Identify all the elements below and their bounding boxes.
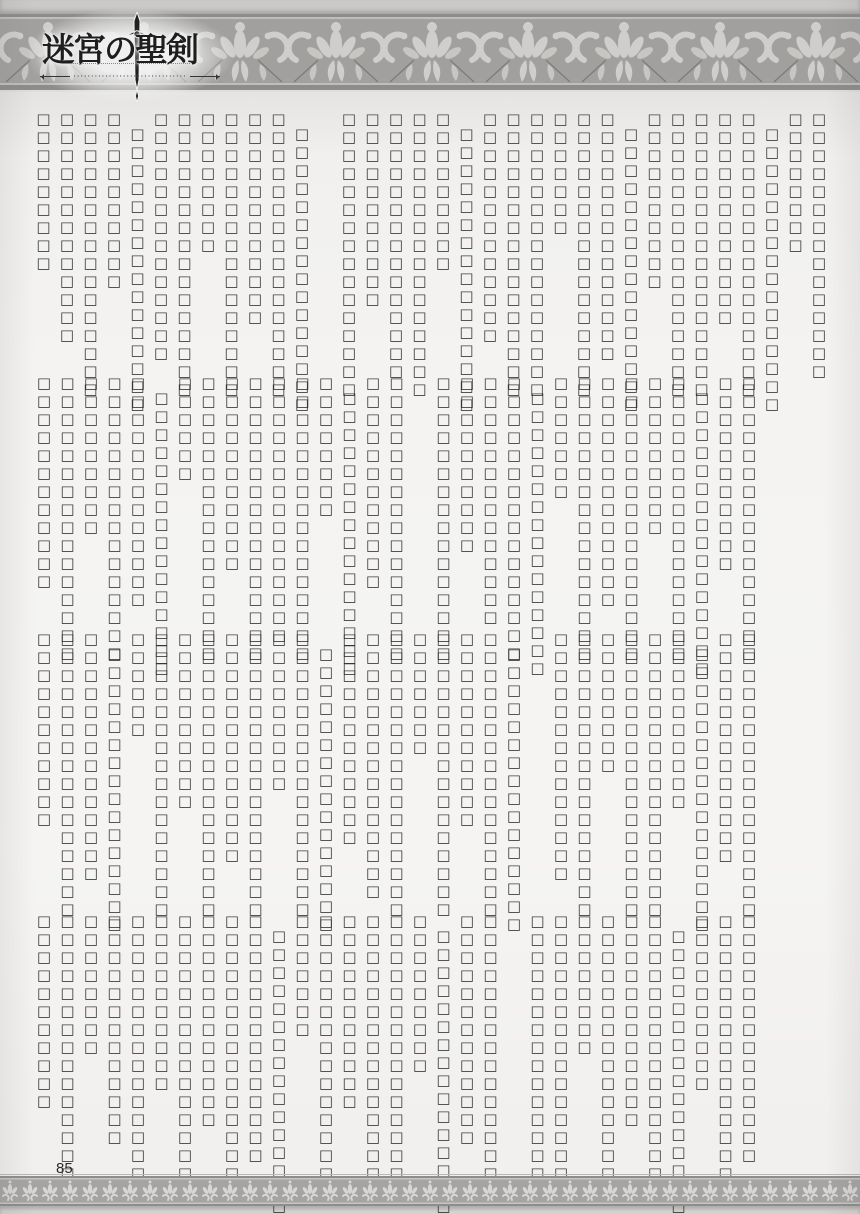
text-column-redacted: □□□□□□□□□□□□□□□□	[267, 912, 291, 1167]
text-column-redacted: □□□□□□□□□□□□□□□□	[290, 110, 314, 365]
text-column-redacted: □□□□□□□□□□□□□□□□	[619, 110, 643, 365]
text-column-redacted: □□□□□□□□□□□□□□□	[384, 110, 408, 350]
text-column-redacted: □□□□□□□□□□□□□	[55, 110, 79, 350]
text-column-redacted: □□□□□□□□□□□□	[361, 374, 385, 614]
text-column-redacted: □□□□□□□□□□□□□□□□	[643, 912, 667, 1152]
text-column-redacted: □□□□□□□□□□□	[360, 110, 384, 350]
text-column-redacted	[525, 630, 549, 870]
text-column-redacted: □□□□□□□□□□□□□□□□	[478, 912, 502, 1152]
logo: 迷宮の聖剣 ································	[40, 16, 220, 94]
text-column-redacted: □□□□□□□□□□□□□□□□	[55, 912, 79, 1152]
text-column-redacted: □□□□□□□□□□□□□□□	[807, 110, 831, 350]
text-column-redacted: □□□□□□□□□□□□□	[596, 374, 620, 614]
text-column-redacted: □□□□□□□□□□□□□□□□	[290, 374, 314, 614]
text-column-redacted: □□□□□□□□□	[408, 912, 432, 1152]
text-column-redacted: □□□□□□□□□□□□□□□□	[102, 374, 126, 614]
text-column-redacted: □□□□□□□□□□□□□□□□	[666, 374, 690, 614]
text-column-redacted: □□□□□□□□□□□□□□□□	[337, 110, 361, 350]
text-column-redacted: □□□□□□□□□□□□□□□□	[196, 630, 220, 870]
text-column-redacted: □□□□□□□□□□□□□□□□	[502, 374, 526, 614]
text-column-redacted: □□□□□□□□□□□□□□□□	[125, 110, 149, 365]
text-column-redacted: □□□□□□□□□□□□□□□□	[572, 630, 596, 870]
text-band-2: □□□□□□□□□□□□□□□□□□□□□□□□□□□□□□□□□□□□□□□□…	[32, 374, 761, 629]
text-column-redacted: □□□□□□□□□□□□□□□□	[78, 110, 102, 350]
text-column-redacted: □□□□□□□□□□□□	[196, 912, 220, 1152]
text-column-redacted: □□□□□□□□□□□□□	[478, 110, 502, 350]
text-band-3: □□□□□□□□□□□□□□□□□□□□□□□□□□□□□□□□□□□□□□□□…	[32, 630, 761, 885]
text-column-redacted: □□□□□□□□□□□	[32, 630, 56, 870]
text-column-redacted: □□□□□□□□□□□□□□□□	[525, 110, 549, 350]
text-column-redacted: □□□□□□□□□□□□□□□□	[219, 110, 243, 350]
text-column-redacted: □□□□□□□□□□	[102, 110, 126, 350]
text-column-redacted: □□□□□□□□□□□□□□□□	[619, 374, 643, 614]
text-column-redacted: □□□□□□□□□□□□□□□□	[737, 630, 761, 870]
text-column-redacted: □□□□□□□□□□□□□□	[737, 912, 761, 1152]
text-column-redacted: □□□□□□□□□□□□□	[220, 630, 244, 870]
text-column-redacted: □□□□□□□	[290, 912, 314, 1152]
logo-tagline-row: ································	[40, 72, 220, 81]
text-column-redacted: □□□□□□□□□□□□□□□□	[314, 630, 338, 885]
text-column-redacted: □□□□□□□□□□□□□□□□	[596, 912, 620, 1152]
tagline-right-ornament	[190, 76, 220, 77]
text-column-redacted	[313, 110, 337, 350]
text-column-redacted: □□□□□□□□□	[431, 110, 455, 350]
text-column-redacted: □□□□□□□□□□□□□□□□	[172, 110, 196, 350]
text-column-redacted: □□□□□□□□□□□	[337, 912, 361, 1152]
text-column-redacted: □□□□□□□□□□□□	[619, 912, 643, 1152]
text-column-redacted: □□□□□□□□□□□□□□□□	[572, 374, 596, 614]
text-column-redacted: □□□□□□□□□	[31, 110, 55, 350]
text-column-redacted: □□□□□□□□□□□□□□□□	[314, 912, 338, 1152]
text-column-redacted: □□□□□□□□□□□□□□□□	[149, 630, 173, 870]
text-column-redacted: □□□□□□□□□□□□□□□□	[384, 630, 408, 870]
text-column-redacted: □□□□□□□□□□□□□□□□	[502, 630, 526, 885]
text-column-redacted: □□□□□□	[173, 374, 197, 614]
text-column-redacted: □□□□□□□	[549, 374, 573, 614]
text-column-redacted: □□□□□□□	[548, 110, 572, 350]
text-column-redacted: □□□□□□□□□□□□□□□□	[361, 912, 385, 1152]
text-column-redacted: □□□□□□□□□□□□	[713, 110, 737, 350]
logo-tagline: ································	[73, 72, 186, 81]
text-column-redacted: □□□□□□□□□□□□□□□□	[643, 630, 667, 870]
text-column-redacted: □□□□□□□□□□□□□□□□	[220, 912, 244, 1152]
text-column-redacted: □□□□□□□□□□□□□□□□	[337, 374, 361, 629]
text-column-redacted: □□□□□□□□□□□□□□□□	[196, 374, 220, 614]
text-column-redacted: □□□□□□□□□□	[666, 630, 690, 870]
text-column-redacted: □□□□□□□□□□□□□□□□	[431, 374, 455, 614]
text-column-redacted: □□□□□□	[126, 630, 150, 870]
text-column-redacted: □□□□□□□□□□□□	[337, 630, 361, 870]
text-column-redacted: □□□□□□□□□□□□□□□□	[266, 110, 290, 350]
text-column-redacted: □□□□□□□□	[783, 110, 807, 350]
text-column-redacted: □□□□□□□□□□□	[455, 630, 479, 870]
text-column-redacted: □□□□□□□□□□□□□□□□	[454, 110, 478, 365]
text-column-redacted: □□□□□□□□	[196, 110, 220, 350]
text-column-redacted: □□□□□□□□□□□□□□□□	[431, 912, 455, 1167]
text-column-redacted: □□□□□□□□□□	[690, 912, 714, 1152]
text-column-redacted	[408, 374, 432, 614]
text-column-redacted: □□□□□□□□□□□□□□□	[361, 630, 385, 870]
text-column-redacted: □□□□□□□□□□□	[713, 374, 737, 614]
text-column-redacted: □□□□□□□□□□	[149, 912, 173, 1152]
text-column-redacted: □□□□□□□□□□□□□□□□	[666, 110, 690, 350]
text-column-redacted: □□□□□□□□□□□□□□□□	[549, 912, 573, 1152]
text-column-redacted: □□□□□□□□□□□□□□□□	[126, 912, 150, 1152]
text-column-redacted: □□□□□□□□□□□□□□□□	[572, 110, 596, 350]
text-column-redacted: □□□□□□□□□□□□□□	[79, 630, 103, 870]
text-column-redacted: □□□□□□□□□□□□□□	[549, 630, 573, 870]
text-column-redacted: □□□□□□□□□□□□□□□□	[384, 912, 408, 1152]
text-column-redacted: □□□□□□□□□□□□□□□□	[173, 912, 197, 1152]
text-column-redacted: □□□□□□□□□□□□□□□□	[102, 630, 126, 885]
text-column-redacted: □□□□□□□□□□□□□□□□	[619, 630, 643, 870]
text-column-redacted: □□□□□□□□□	[267, 630, 291, 870]
text-column-redacted: □□□□□□□□	[572, 912, 596, 1152]
footer-rule	[0, 1174, 860, 1175]
text-band-4: □□□□□□□□□□□□□□□□□□□□□□□□□□□□□□□□□□□□□□□□…	[32, 912, 761, 1167]
text-column-redacted: □□□□□□□□□□□□□□□□	[689, 110, 713, 350]
text-column-redacted: □□□□□□□□□□□□□□□□	[737, 374, 761, 614]
text-column-redacted: □□□□□□□□□□□□□□□□	[713, 912, 737, 1152]
text-column-redacted: □□□□□□□□□□□	[32, 912, 56, 1152]
text-column-redacted	[502, 912, 526, 1152]
text-column-redacted: □□□□□□□□□□□□□	[455, 912, 479, 1152]
paper-edge-bottom	[0, 1206, 860, 1214]
text-column-redacted: □□□□□□□□□□□□□□□□	[55, 630, 79, 870]
text-column-redacted: □□□□□□□□□□□□□□□□	[478, 630, 502, 870]
text-column-redacted: □□□□□□□□□□□□□□	[595, 110, 619, 350]
text-column-redacted: □□□□□□□□□□□□	[32, 374, 56, 614]
text-column-redacted: □□□□□□□□□□□□□□□□	[690, 374, 714, 629]
text-column-redacted: □□□□□□□□□□□□□□□□	[760, 110, 784, 365]
text-column-redacted: □□□□□□□□□□□□□□□	[267, 374, 291, 614]
text-column-redacted: □□□□□□□□□□□□□□□□	[690, 630, 714, 885]
text-column-redacted: □□□□□□□□□□□□□	[713, 630, 737, 870]
text-column-redacted: □□□□□□□□□□□□□	[102, 912, 126, 1152]
text-column-redacted: □□□□□□□□□□□□□□□□	[243, 630, 267, 870]
text-column-redacted: □□□□□□□□□	[643, 374, 667, 614]
logo-roman-caption-line	[70, 63, 190, 64]
text-column-redacted: □□□□□□□□□□□□□	[126, 374, 150, 614]
text-column-redacted: □□□□□□□□□□□□□□□□	[407, 110, 431, 350]
scanned-novel-page: { "meta": { "redaction_note": "The body …	[0, 0, 860, 1214]
text-column-redacted: □□□□□□□□□□□□□□	[478, 374, 502, 614]
text-column-redacted: □□□□□□□□	[314, 374, 338, 614]
text-column-redacted: □□□□□□□□□□□□□□□□	[384, 374, 408, 614]
ornamental-border-bottom	[0, 1176, 860, 1206]
text-column-redacted: □□□□□□□□□□□	[220, 374, 244, 614]
text-column-redacted: □□□□□□□□□□	[642, 110, 666, 350]
text-column-redacted: □□□□□□□□□□□□□□□□	[55, 374, 79, 614]
text-band-1: □□□□□□□□□□□□□□□□□□□□□□□□□□□□□□□□□□□□□□□□…	[31, 110, 830, 365]
text-column-redacted: □□□□□□□□□□□□□□□□	[290, 630, 314, 870]
text-column-redacted: □□□□□□□□□□□□□□□□	[243, 374, 267, 614]
text-column-redacted: □□□□□□□□□□	[455, 374, 479, 614]
text-column-redacted: □□□□□□□□□□□□□□□□	[525, 374, 549, 629]
text-column-redacted: □□□□□□□□□□□□□□□□	[736, 110, 760, 350]
text-column-redacted: □□□□□□□□	[596, 630, 620, 870]
text-column-redacted: □□□□□□□□	[79, 912, 103, 1152]
text-column-redacted: □□□□□□□□□□□□□□□□	[501, 110, 525, 350]
text-column-redacted: □□□□□□□□□□□□□□□□	[149, 374, 173, 629]
tagline-left-ornament	[40, 76, 70, 77]
text-column-redacted: □□□□□□□□□□	[173, 630, 197, 870]
text-column-redacted: □□□□□□□□□□□□	[243, 110, 267, 350]
text-column-redacted: □□□□□□□□□□□□□□□□	[666, 912, 690, 1167]
text-column-redacted: □□□□□□□□□□□□□□□□	[431, 630, 455, 870]
text-column-redacted: □□□□□□□□□□□□□□	[243, 912, 267, 1152]
text-column-redacted: □□□□□□□□□□□□□□□	[525, 912, 549, 1152]
text-column-redacted: □□□□□□□□□	[79, 374, 103, 614]
text-column-redacted: □□□□□□□□□□□□□□	[149, 110, 173, 350]
text-column-redacted: □□□□□□□	[408, 630, 432, 870]
